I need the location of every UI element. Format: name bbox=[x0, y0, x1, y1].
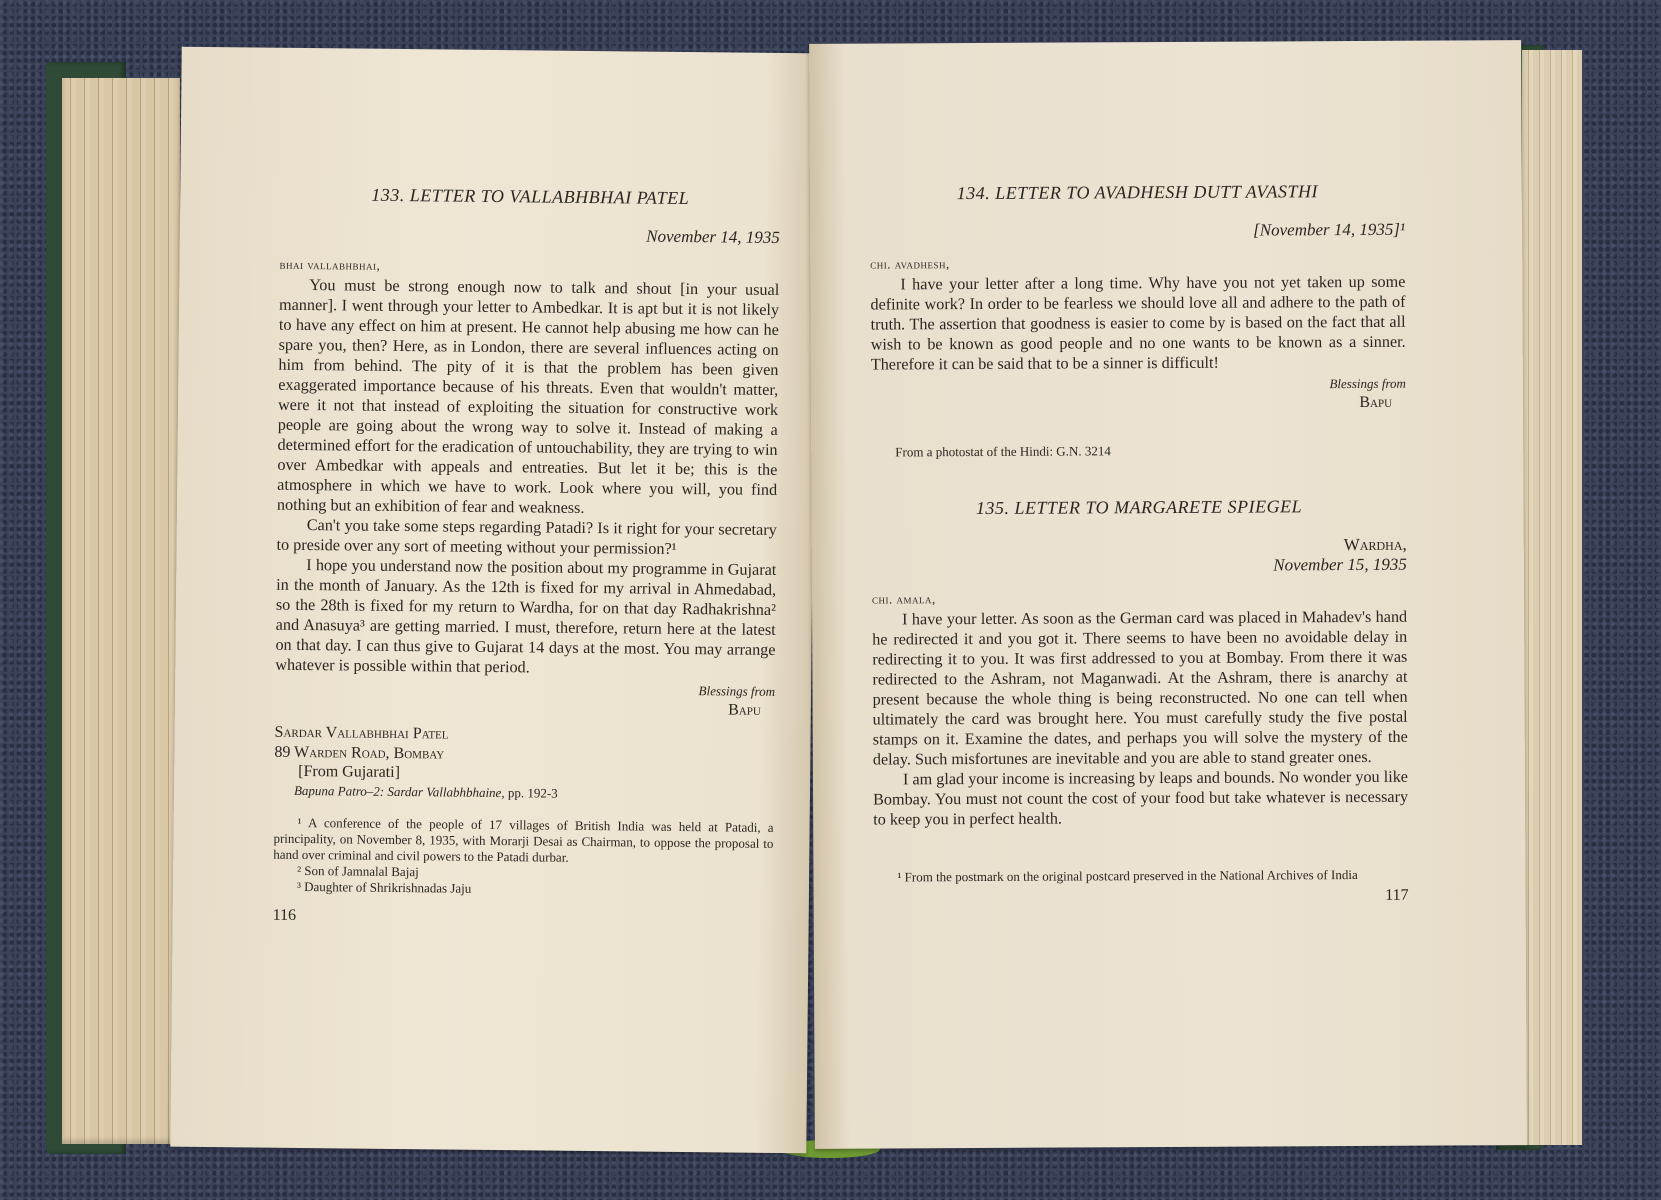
letter-135-paragraph: I am glad your income is increasing by l… bbox=[873, 767, 1408, 830]
left-page-content: 133. LETTER TO VALLABHBHAI PATEL Novembe… bbox=[273, 184, 781, 930]
letter-133-date: November 14, 1935 bbox=[280, 223, 780, 248]
letter-133-paragraph: I hope you understand now the position a… bbox=[275, 555, 776, 680]
right-page-content: 134. LETTER TO AVADHESH DUTT AVASTHI [No… bbox=[870, 181, 1409, 908]
letter-135-paragraph: I have your letter. As soon as the Germa… bbox=[872, 607, 1408, 770]
recipient-address: Sardar Vallabhbhai Patel 89 Warden Road,… bbox=[274, 723, 774, 768]
signature: Bapu bbox=[275, 697, 761, 720]
page-number-right: 117 bbox=[874, 887, 1409, 908]
left-page: 133. LETTER TO VALLABHBHAI PATEL Novembe… bbox=[170, 47, 817, 1154]
right-page: 134. LETTER TO AVADHESH DUTT AVASTHI [No… bbox=[809, 40, 1527, 1149]
from-language: [From Gujarati] bbox=[298, 763, 774, 786]
signature: Bapu bbox=[871, 394, 1392, 415]
footnote: ¹ A conference of the people of 17 villa… bbox=[273, 815, 773, 868]
closing: Blessings from bbox=[871, 376, 1406, 395]
letter-135-title: 135. LETTER TO MARGARETE SPIEGEL bbox=[871, 496, 1406, 520]
page-number-left: 116 bbox=[273, 907, 773, 930]
footnote: ¹ From the postmark on the original post… bbox=[873, 867, 1408, 886]
source-pages: pp. 192-3 bbox=[508, 785, 558, 801]
page-edges-left bbox=[62, 78, 180, 1144]
right-footnotes: ¹ From the postmark on the original post… bbox=[873, 867, 1408, 886]
source-title: Bapuna Patro–2: Sardar Vallabhbhaine, bbox=[294, 783, 505, 800]
left-footnotes: ¹ A conference of the people of 17 villa… bbox=[273, 815, 774, 900]
letter-135-date: November 15, 1935 bbox=[872, 555, 1407, 578]
letter-134-salutation: CHI. AVADHESH, bbox=[870, 254, 1405, 273]
letter-135-salutation: CHI. AMALA, bbox=[872, 589, 1407, 608]
letter-134-paragraph: I have your letter after a long time. Wh… bbox=[870, 272, 1406, 375]
letter-133-paragraph: You must be strong enough now to talk an… bbox=[277, 275, 779, 520]
letter-133-paragraph: Can't you take some steps regarding Pata… bbox=[276, 515, 776, 560]
source-citation: Bapuna Patro–2: Sardar Vallabhbhaine, pp… bbox=[294, 783, 774, 804]
letter-134-date: [November 14, 1935]¹ bbox=[870, 220, 1405, 243]
letter-133-signature-block: Blessings from Bapu bbox=[275, 679, 775, 720]
letter-134-title: 134. LETTER TO AVADHESH DUTT AVASTHI bbox=[870, 181, 1405, 205]
letter-134-signature-block: Blessings from Bapu bbox=[871, 376, 1406, 415]
page-edges-right bbox=[1522, 50, 1582, 1145]
letter-133-title: 133. LETTER TO VALLABHBHAI PATEL bbox=[280, 184, 780, 210]
letter-135-place: Wardha, bbox=[872, 535, 1407, 558]
